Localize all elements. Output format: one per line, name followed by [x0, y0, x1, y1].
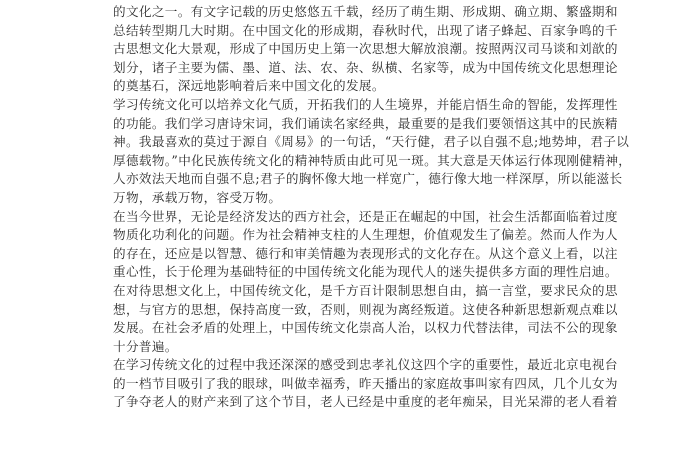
text-line: 学习传统文化可以培养文化气质，开拓我们的人生境界，并能启悟生命的智能，发挥理性 — [113, 96, 589, 115]
text-line: 在当今世界，无论是经济发达的西方社会，还是正在崛起的中国，社会生活都面临着过度 — [113, 208, 589, 227]
text-line: 的奠基石，深远地影响着后来中国文化的发展。 — [113, 77, 589, 96]
text-line: 物质化功利化的问题。作为社会精神支柱的人生理想，价值观发生了偏差。然而人作为人 — [113, 226, 589, 245]
text-line: 发展。在社会矛盾的处理上，中国传统文化崇高人治，以权力代替法律，司法不公的现象 — [113, 319, 589, 338]
text-line: 在对待思想文化上，中国传统文化，是千方百计限制思想自由，搞一言堂，要求民众的思 — [113, 282, 589, 301]
text-line: 在学习传统文化的过程中我还深深的感受到忠孝礼仪这四个字的重要性，最近北京电视台 — [113, 356, 589, 375]
text-line: 万物，承载万物，容受万物。 — [113, 189, 589, 208]
text-line: 总结转型期几大时期。在中国文化的形成期，春秋时代，出现了诸子蜂起、百家争鸣的千 — [113, 22, 589, 41]
document-body-text: 的文化之一。有文字记载的历史悠悠五千载，经历了萌生期、形成期、确立期、繁盛期和 … — [113, 3, 589, 412]
text-line: 了争夺老人的财产来到了这个节目，老人已经是中重度的老年痴呆，目光呆滞的老人看着 — [113, 393, 589, 412]
document-page: 的文化之一。有文字记载的历史悠悠五千载，经历了萌生期、形成期、确立期、繁盛期和 … — [0, 0, 700, 470]
text-line: 厚德载物。”中化民族传统文化的精神特质由此可见一斑。其大意是天体运行体现刚健精神… — [113, 152, 589, 171]
text-line: 的功能。我们学习唐诗宋词，我们诵读名家经典，最重要的是我们要领悟这其中的民族精 — [113, 115, 589, 134]
text-line: 古思想文化大景观，形成了中国历史上第一次思想大解放浪潮。按照两汉司马谈和刘歆的 — [113, 40, 589, 59]
text-line: 重心性，长于伦理为基础特征的中国传统文化能为现代人的迷失提供多方面的理性启迪。 — [113, 263, 589, 282]
text-line: 神。我最喜欢的莫过于源自《周易》的一句话，“天行健，君子以自强不息;地势坤，君子… — [113, 133, 589, 152]
text-line: 人亦效法天地而自强不息;君子的胸怀像大地一样宽广，德行像大地一样深厚，所以能滋长 — [113, 170, 589, 189]
text-line: 划分，诸子主要为儒、墨、道、法、农、杂、纵横、名家等，成为中国传统文化思想理论 — [113, 59, 589, 78]
text-line: 的一档节目吸引了我的眼球，叫做幸福秀，昨天播出的家庭故事叫家有四凤，几个儿女为 — [113, 375, 589, 394]
text-line: 十分普遍。 — [113, 338, 589, 357]
text-line: 想，与官方的思想，保持高度一致，否则，则视为离经叛道。这使各种新思想新观点难以 — [113, 301, 589, 320]
text-line: 的存在，还应是以智慧、德行和审美情趣为表现形式的文化存在。从这个意义上看，以注 — [113, 245, 589, 264]
text-line: 的文化之一。有文字记载的历史悠悠五千载，经历了萌生期、形成期、确立期、繁盛期和 — [113, 3, 589, 22]
